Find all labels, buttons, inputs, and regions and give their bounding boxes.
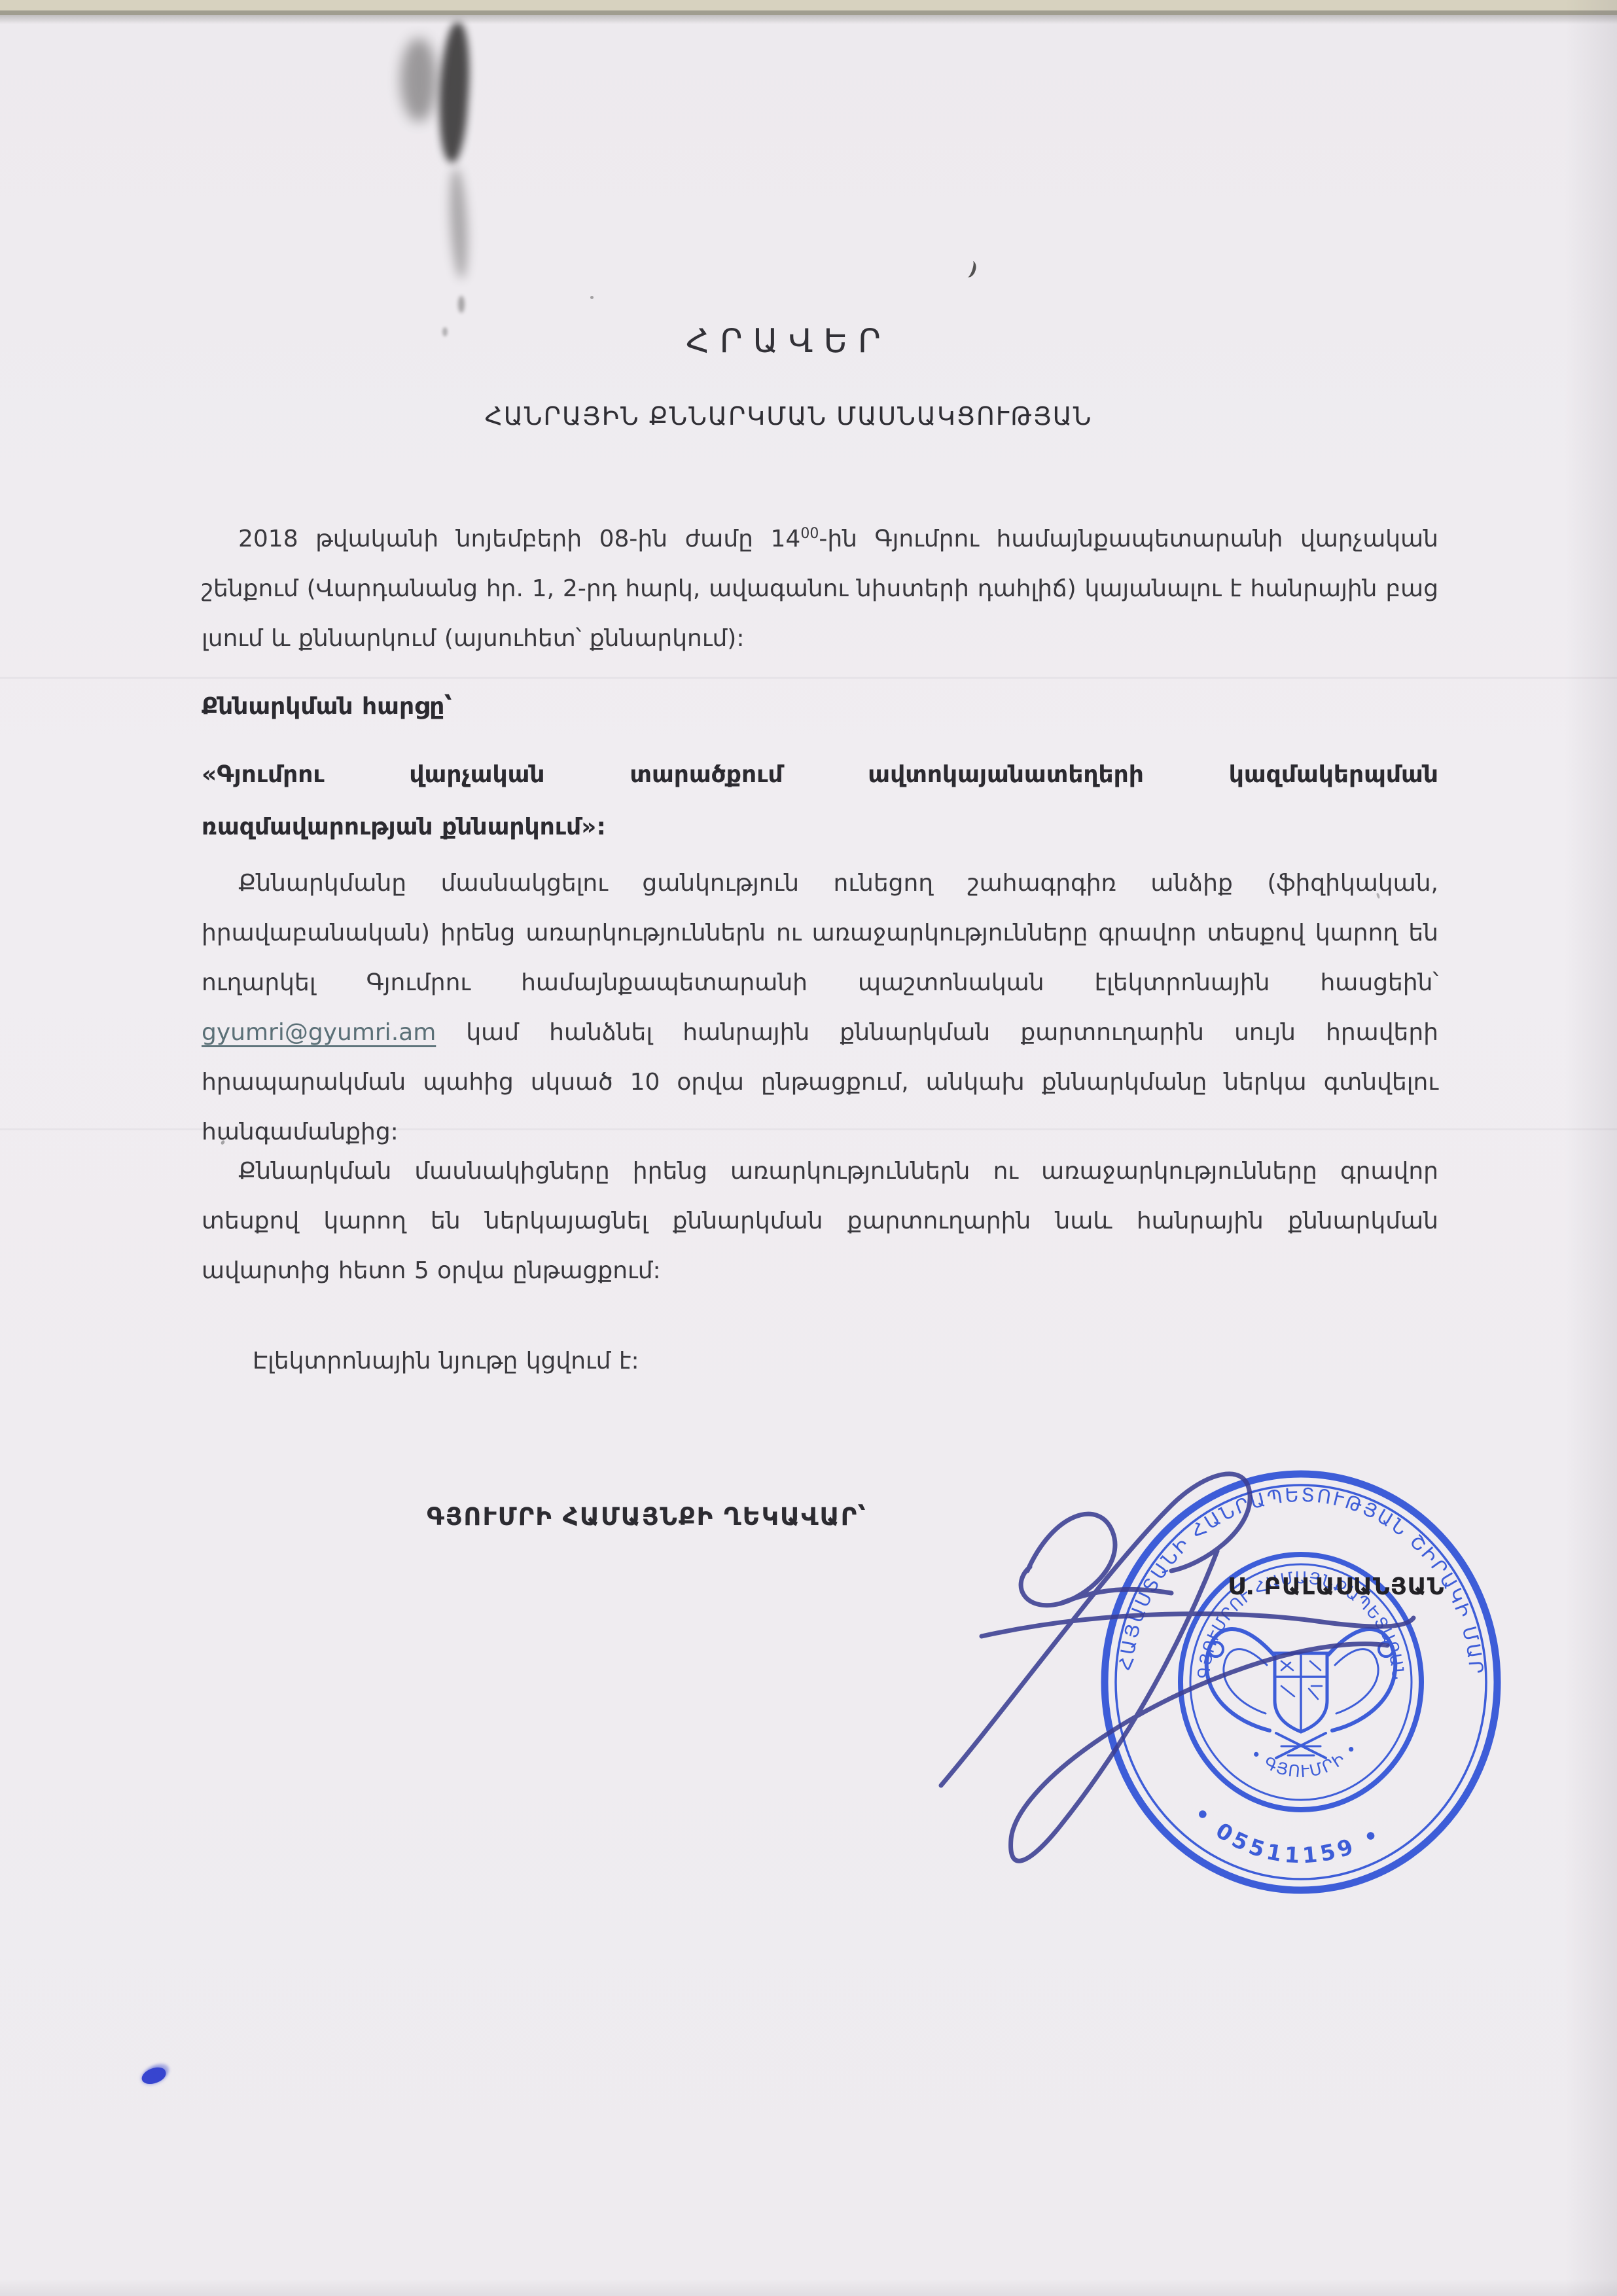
paragraph-text: 2018 թվականի նոյեմբերի 08-ին ժամը 14	[238, 526, 800, 552]
paragraph-participation: Քննարկմանը մասնակցելու ցանկություն ունեց…	[202, 859, 1438, 1157]
subject-word: կազմակերպման	[1229, 750, 1438, 800]
subject-word: վարչական	[409, 750, 544, 800]
signature-strokes	[941, 1474, 1413, 1861]
paragraph-post-discussion: Քննարկման մասնակիցները իրենց առարկությու…	[202, 1147, 1438, 1296]
toner-smudge	[400, 38, 437, 122]
scan-crease-line	[0, 677, 1617, 679]
discussion-question-label: Քննարկման հարցը՝	[202, 682, 1438, 732]
toner-smudge	[435, 22, 474, 164]
superscript-minutes: 00	[800, 526, 819, 542]
subject-word: «Գյումրու	[202, 750, 325, 800]
email-link[interactable]: gyumri@gyumri.am	[202, 1019, 436, 1046]
toner-speck	[590, 296, 594, 299]
paper-bottom-shading	[0, 2279, 1617, 2296]
toner-speck	[962, 259, 978, 279]
discussion-subject-line1: «Գյումրուվարչականտարածքումավտոկայանատեղե…	[202, 750, 1438, 800]
handwritten-signature	[862, 1419, 1471, 1943]
document-title: ՀՐԱՎԵՐ	[39, 322, 1538, 360]
toner-speck	[458, 296, 465, 313]
paragraph-date-venue: 2018 թվականի նոյեմբերի 08-ին ժամը 1400-ի…	[202, 514, 1438, 664]
signature-title-label: ԳՅՈՒՄՐԻ ՀԱՄԱՅՆՔԻ ՂԵԿԱՎԱՐ՝	[427, 1503, 867, 1531]
scanner-edge-shadow	[0, 15, 1617, 24]
document-subtitle: ՀԱՆՐԱՅԻՆ ՔՆՆԱՐԿՄԱՆ ՄԱՍՆԱԿՑՈՒԹՅԱՆ	[39, 402, 1538, 431]
discussion-subject-line2: ռազմավարության քննարկում»:	[202, 802, 1438, 852]
subject-word: տարածքում	[630, 750, 783, 800]
scanner-edge-strip	[0, 0, 1617, 10]
scanned-invitation-page: ՀՐԱՎԵՐ ՀԱՆՐԱՅԻՆ ՔՆՆԱՐԿՄԱՆ ՄԱՍՆԱԿՑՈՒԹՅԱՆ …	[0, 0, 1617, 2296]
attachment-note: Էլեկտրոնային նյութը կցվում է:	[202, 1336, 1438, 1386]
subject-word: ավտոկայանատեղերի	[868, 750, 1144, 800]
blue-ink-blot	[140, 2066, 168, 2087]
paper-right-shading	[1565, 0, 1617, 2296]
scanner-edge-line	[0, 10, 1617, 15]
paragraph-text: Քննարկմանը մասնակցելու ցանկություն ունեց…	[202, 870, 1438, 996]
signatory-name: Ս. ԲԱԼԱՍԱՆՅԱՆ	[1228, 1573, 1445, 1600]
toner-smudge	[448, 167, 471, 279]
